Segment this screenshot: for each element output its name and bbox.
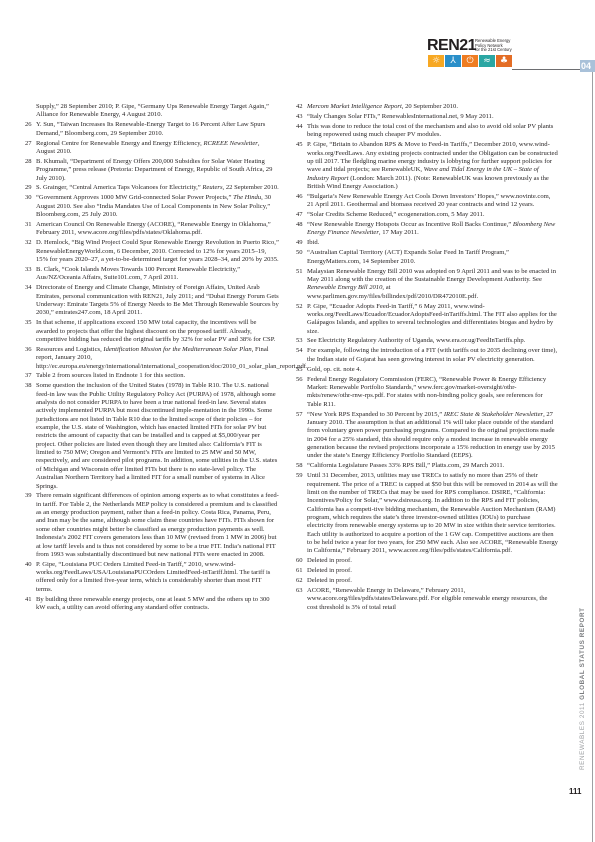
endnote-item: 57“New York RPS Expanded to 30 Percent b… [296, 411, 558, 461]
endnote-text: For example, following the introduction … [307, 347, 557, 362]
endnote-item: 43“Italy Changes Solar FITs,” Renewables… [296, 113, 558, 121]
endnote-number: 51 [296, 268, 306, 276]
endnote-number: 55 [296, 366, 306, 374]
endnote-item: 34Directorate of Energy and Climate Chan… [25, 284, 279, 317]
endnote-item: 39There remain significant differences o… [25, 492, 279, 559]
endnote-number: 52 [296, 303, 306, 311]
endnote-item: Supply,” 28 September 2010; P. Gipe, “Ge… [25, 103, 279, 120]
endnote-item: 49Ibid. [296, 239, 558, 247]
endnote-text: B. Clark, “Cook Islands Moves Towards 10… [36, 266, 240, 281]
endnote-text: Directorate of Energy and Climate Change… [36, 284, 279, 316]
endnote-number: 29 [25, 184, 35, 192]
logo-tagline: Renewable Energy Policy Network for the … [475, 39, 535, 53]
endnote-text: “New Renewable Energy Hotspots Occur as … [307, 221, 555, 236]
endnote-number: 27 [25, 140, 35, 148]
endnote-number: 30 [25, 194, 35, 202]
publication-title: RCREEE Newsletter [203, 140, 257, 147]
endnote-item: 32D. Hemlock, “Big Wind Project Could Sp… [25, 239, 279, 264]
endnote-item: 35In that scheme, if applications exceed… [25, 319, 279, 344]
endnote-text: Resources and Logistics, Identification … [36, 346, 308, 370]
endnote-number: 38 [25, 382, 35, 390]
endnote-text: Some question the inclusion of the Unite… [36, 382, 277, 489]
endnote-text: See Electricity Regulatory Authority of … [307, 337, 525, 344]
wind-icon: ⅄ [445, 55, 461, 67]
endnote-text: Supply,” 28 September 2010; P. Gipe, “Ge… [36, 103, 269, 118]
endnote-text: Y. Sun, “Taiwan Increases Its Renewable-… [36, 121, 265, 136]
endnote-number: 48 [296, 221, 306, 229]
endnote-text: “New York RPS Expanded to 30 Percent by … [307, 411, 555, 460]
endnote-number: 61 [296, 567, 306, 575]
endnote-text: By building three renewable energy proje… [36, 596, 270, 611]
endnote-item: 58“California Legislature Passes 33% RPS… [296, 462, 558, 470]
endnote-number: 57 [296, 411, 306, 419]
endnote-item: 54For example, following the introductio… [296, 347, 558, 364]
leaf-icon: ♣ [496, 55, 512, 67]
endnote-number: 41 [25, 596, 35, 604]
endnote-number: 44 [296, 123, 306, 131]
endnote-item: 63ACORE, “Renewable Energy in Delaware,”… [296, 587, 558, 612]
endnote-text: “Bulgaria’s New Renewable Energy Act Coo… [307, 193, 550, 208]
endnote-number: 33 [25, 266, 35, 274]
endnote-item: 45P. Gipe, “Britain to Abandon RPS & Mov… [296, 141, 558, 191]
endnote-text: There remain significant differences of … [36, 492, 279, 557]
running-title: RENEWABLES 2011 GLOBAL STATUS REPORT [579, 607, 586, 770]
endnote-number: 37 [25, 372, 35, 380]
endnotes-right-column: 42Mercom Market Intelligence Report, 20 … [296, 103, 558, 614]
endnote-number: 35 [25, 319, 35, 327]
endnote-item: 50“Australian Capital Territory (ACT) Ex… [296, 249, 558, 266]
endnote-text: “Italy Changes Solar FITs,” RenewablesIn… [307, 113, 494, 120]
endnote-text: Mercom Market Intelligence Report, 20 Se… [307, 103, 458, 110]
endnote-number: 34 [25, 284, 35, 292]
endnote-text: Ibid. [307, 239, 319, 246]
endnote-text: P. Gipe, “Ecuador Adopts Feed-in Tariff,… [307, 303, 557, 335]
power-icon: ⏻ [462, 55, 478, 67]
endnote-text: American Council On Renewable Energy (AC… [36, 221, 271, 236]
side-rule [592, 72, 593, 842]
endnote-number: 28 [25, 158, 35, 166]
endnote-item: 36Resources and Logistics, Identificatio… [25, 346, 279, 371]
header-rule [512, 69, 580, 70]
endnote-item: 33B. Clark, “Cook Islands Moves Towards … [25, 266, 279, 283]
endnote-text: “Solar Credits Scheme Reduced,” ecogener… [307, 211, 485, 218]
chapter-tab: 04 [580, 60, 595, 72]
publication-title: Identification Mission for the Mediterra… [103, 346, 251, 353]
endnote-number: 60 [296, 557, 306, 565]
publication-title: Reuters [202, 184, 222, 191]
endnote-text: Until 31 December, 2013, utilities may u… [307, 472, 558, 554]
endnote-number: 26 [25, 121, 35, 129]
endnote-number: 47 [296, 211, 306, 219]
ren21-logo: REN21 Renewable Energy Policy Network fo… [427, 38, 552, 68]
endnote-item: 46“Bulgaria’s New Renewable Energy Act C… [296, 193, 558, 210]
endnote-text: “California Legislature Passes 33% RPS B… [307, 462, 504, 469]
endnote-item: 48“New Renewable Energy Hotspots Occur a… [296, 221, 558, 238]
endnote-item: 26Y. Sun, “Taiwan Increases Its Renewabl… [25, 121, 279, 138]
endnote-text: “Government Approves 1000 MW Grid-connec… [36, 194, 271, 218]
endnote-item: 59Until 31 December, 2013, utilities may… [296, 472, 558, 555]
endnote-text: B. Khumali, “Department of Energy Offers… [36, 158, 272, 182]
endnote-item: 47“Solar Credits Scheme Reduced,” ecogen… [296, 211, 558, 219]
endnote-text: Deleted in proof. [307, 577, 352, 584]
endnote-number: 54 [296, 347, 306, 355]
page-number: 111 [569, 787, 581, 796]
endnote-item: 38Some question the inclusion of the Uni… [25, 382, 279, 490]
endnote-text: Federal Energy Regulatory Commission (FE… [307, 376, 546, 408]
endnote-item: 60Deleted in proof. [296, 557, 558, 565]
endnote-text: P. Gipe, “Britain to Abandon RPS & Move … [307, 141, 558, 190]
endnote-number: 63 [296, 587, 306, 595]
endnote-number: 53 [296, 337, 306, 345]
endnote-text: In that scheme, if applications exceed 1… [36, 319, 275, 343]
sun-icon: ☼ [428, 55, 444, 67]
endnote-text: Gold, op. cit. note 4. [307, 366, 361, 373]
endnote-text: Regional Centre for Renewable Energy and… [36, 140, 260, 155]
endnote-text: This was done to reduce the total cost o… [307, 123, 553, 138]
endnote-item: 62Deleted in proof. [296, 577, 558, 585]
endnote-item: 44This was done to reduce the total cost… [296, 123, 558, 140]
endnote-item: 52P. Gipe, “Ecuador Adopts Feed-in Tarif… [296, 303, 558, 336]
endnote-item: 28B. Khumali, “Department of Energy Offe… [25, 158, 279, 183]
publication-title: Renewable Energy Bill 2010 [307, 284, 382, 291]
endnote-number: 32 [25, 239, 35, 247]
endnote-number: 56 [296, 376, 306, 384]
endnote-text: P. Gipe, “Louisiana PUC Orders Limited F… [36, 561, 270, 593]
endnote-number: 59 [296, 472, 306, 480]
endnote-item: 27Regional Centre for Renewable Energy a… [25, 140, 279, 157]
endnote-item: 40P. Gipe, “Louisiana PUC Orders Limited… [25, 561, 279, 594]
endnote-number: 46 [296, 193, 306, 201]
logo-icon-row: ☼⅄⏻≈♣ [428, 55, 512, 67]
publication-title: Mercom Market Intelligence Report [307, 103, 402, 110]
endnote-item: 56Federal Energy Regulatory Commission (… [296, 376, 558, 409]
endnote-text: D. Hemlock, “Big Wind Project Could Spur… [36, 239, 279, 263]
endnote-item: 42Mercom Market Intelligence Report, 20 … [296, 103, 558, 111]
endnote-item: 37Table 2 from sources listed in Endnote… [25, 372, 279, 380]
endnote-number: 36 [25, 346, 35, 354]
endnote-text: ACORE, “Renewable Energy in Delaware,” F… [307, 587, 547, 611]
endnote-number: 50 [296, 249, 306, 257]
endnote-number: 45 [296, 141, 306, 149]
endnote-text: Deleted in proof. [307, 557, 352, 564]
publication-title: The Hindu [233, 194, 261, 201]
endnote-item: 30“Government Approves 1000 MW Grid-conn… [25, 194, 279, 219]
publication-title: IREC State & Stakeholder Newsletter [444, 411, 543, 418]
endnote-text: “Australian Capital Territory (ACT) Expa… [307, 249, 509, 264]
endnote-text: Malaysian Renewable Energy Bill 2010 was… [307, 268, 556, 300]
endnote-item: 31American Council On Renewable Energy (… [25, 221, 279, 238]
endnote-text: S. Grainger, “Central America Taps Volca… [36, 184, 279, 191]
endnote-text: Deleted in proof. [307, 567, 352, 574]
logo-wordmark: REN21 [427, 38, 476, 54]
endnote-number: 62 [296, 577, 306, 585]
endnote-number: 31 [25, 221, 35, 229]
endnote-text: Table 2 from sources listed in Endnote 1… [36, 372, 185, 379]
endnote-number: 43 [296, 113, 306, 121]
water-icon: ≈ [479, 55, 495, 67]
endnote-item: 29S. Grainger, “Central America Taps Vol… [25, 184, 279, 192]
endnote-number: 39 [25, 492, 35, 500]
endnote-item: 51Malaysian Renewable Energy Bill 2010 w… [296, 268, 558, 301]
endnotes-left-column: Supply,” 28 September 2010; P. Gipe, “Ge… [25, 103, 279, 614]
endnote-number: 42 [296, 103, 306, 111]
endnote-number: 58 [296, 462, 306, 470]
endnote-item: 55Gold, op. cit. note 4. [296, 366, 558, 374]
endnote-item: 41By building three renewable energy pro… [25, 596, 279, 613]
endnote-number: 49 [296, 239, 306, 247]
endnote-item: 61Deleted in proof. [296, 567, 558, 575]
endnote-number: 40 [25, 561, 35, 569]
endnote-item: 53See Electricity Regulatory Authority o… [296, 337, 558, 345]
